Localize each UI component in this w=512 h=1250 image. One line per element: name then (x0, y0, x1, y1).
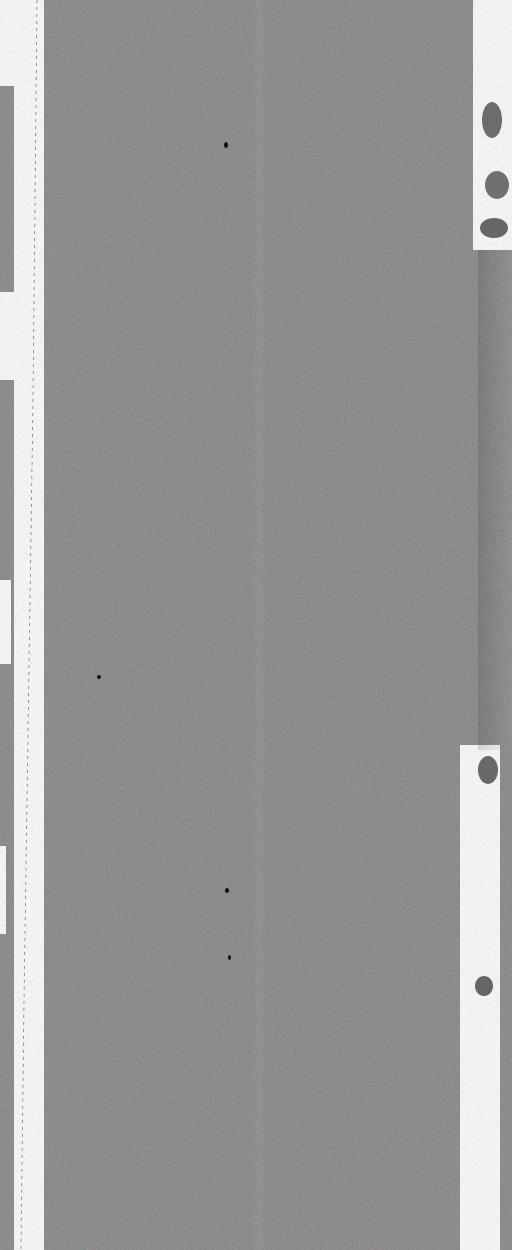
road-scene (0, 0, 512, 1250)
right-lane-shading (478, 250, 512, 750)
debris-speck (224, 142, 228, 148)
debris-speck (97, 675, 101, 679)
debris-speck (228, 955, 231, 960)
center-tire-seam (252, 0, 266, 1250)
debris-speck (225, 888, 229, 893)
